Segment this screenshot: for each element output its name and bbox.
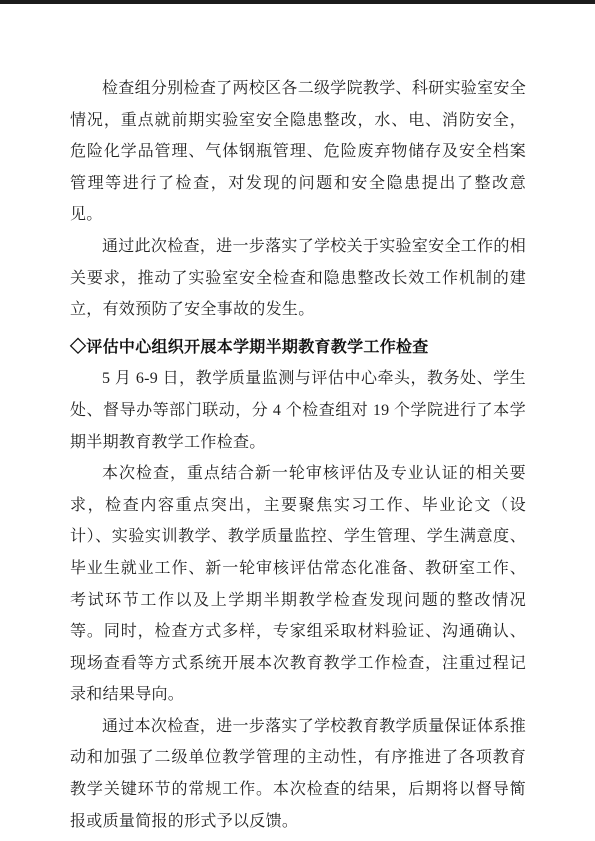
page-number: 13 — [503, 783, 527, 794]
document-page: 检查组分别检查了两校区各二级学院教学、科研实验室安全情况，重点就前期实验室安全隐… — [0, 0, 595, 841]
section-heading-midterm-teaching-check: ◇评估中心组织开展本学期半期教育教学工作检查 — [70, 332, 526, 364]
body-paragraph-lab-inspection: 检查组分别检查了两校区各二级学院教学、科研实验室安全情况，重点就前期实验室安全隐… — [70, 73, 526, 231]
body-paragraph-check-outcome: 通过本次检查，进一步落实了学校教育教学质量保证体系推动和加强了二级单位教学管理的… — [70, 711, 526, 837]
body-paragraph-check-schedule: 5 月 6-9 日，教学质量监测与评估中心牵头，教务处、学生处、督导办等部门联动… — [70, 363, 526, 458]
document-body: 检查组分别检查了两校区各二级学院教学、科研实验室安全情况，重点就前期实验室安全隐… — [70, 73, 526, 837]
scan-edge-top — [0, 0, 595, 4]
body-paragraph-check-focus: 本次检查，重点结合新一轮审核评估及专业认证的相关要求，检查内容重点突出，主要聚焦… — [70, 458, 526, 711]
body-paragraph-lab-inspection-result: 通过此次检查，进一步落实了学校关于实验室安全工作的相关要求，推动了实验室安全检查… — [70, 231, 526, 326]
